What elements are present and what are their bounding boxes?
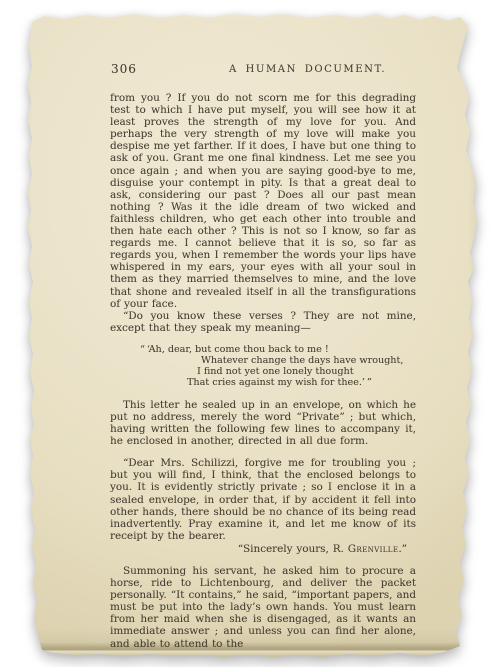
scan-backdrop: 306 A HUMAN DOCUMENT. from you ? If you … — [0, 0, 500, 667]
text-block: 306 A HUMAN DOCUMENT. from you ? If you … — [110, 62, 416, 650]
signature-line: “Sincerely yours, R. Grenville.” — [110, 543, 416, 555]
page-number: 306 — [111, 62, 137, 76]
signature-suffix: .” — [398, 543, 407, 555]
paragraph-servant: Summoning his servant, he asked him to p… — [110, 565, 416, 650]
running-title: A HUMAN DOCUMENT. — [229, 64, 386, 75]
verse-line: I find not yet one lonely thought — [197, 366, 416, 377]
verse-block: “ ‘Ah, dear, but come thou back to me ! … — [140, 344, 416, 388]
paragraph-letter: “Dear Mrs. Schilizzi, forgive me for tro… — [110, 457, 416, 542]
verse-line: That cries against my wish for thee.’ ” — [187, 377, 416, 388]
paragraph-continuation: from you ? If you do not scorn me for th… — [110, 92, 416, 310]
paragraph-envelope: This letter he sealed up in an envelope,… — [110, 399, 416, 447]
verse-line: “ ‘Ah, dear, but come thou back to me ! — [140, 344, 416, 355]
verse-line: Whatever change the days have wrought, — [201, 355, 416, 366]
paper-sheet: 306 A HUMAN DOCUMENT. from you ? If you … — [24, 10, 480, 660]
book-page: 306 A HUMAN DOCUMENT. from you ? If you … — [24, 10, 480, 660]
signature-name: Grenville — [348, 543, 399, 555]
page-header: 306 A HUMAN DOCUMENT. — [110, 62, 416, 77]
signature-prefix: “Sincerely yours, R. — [238, 543, 348, 555]
paragraph-verses-intro: “Do you know these verses ? They are not… — [110, 310, 416, 334]
